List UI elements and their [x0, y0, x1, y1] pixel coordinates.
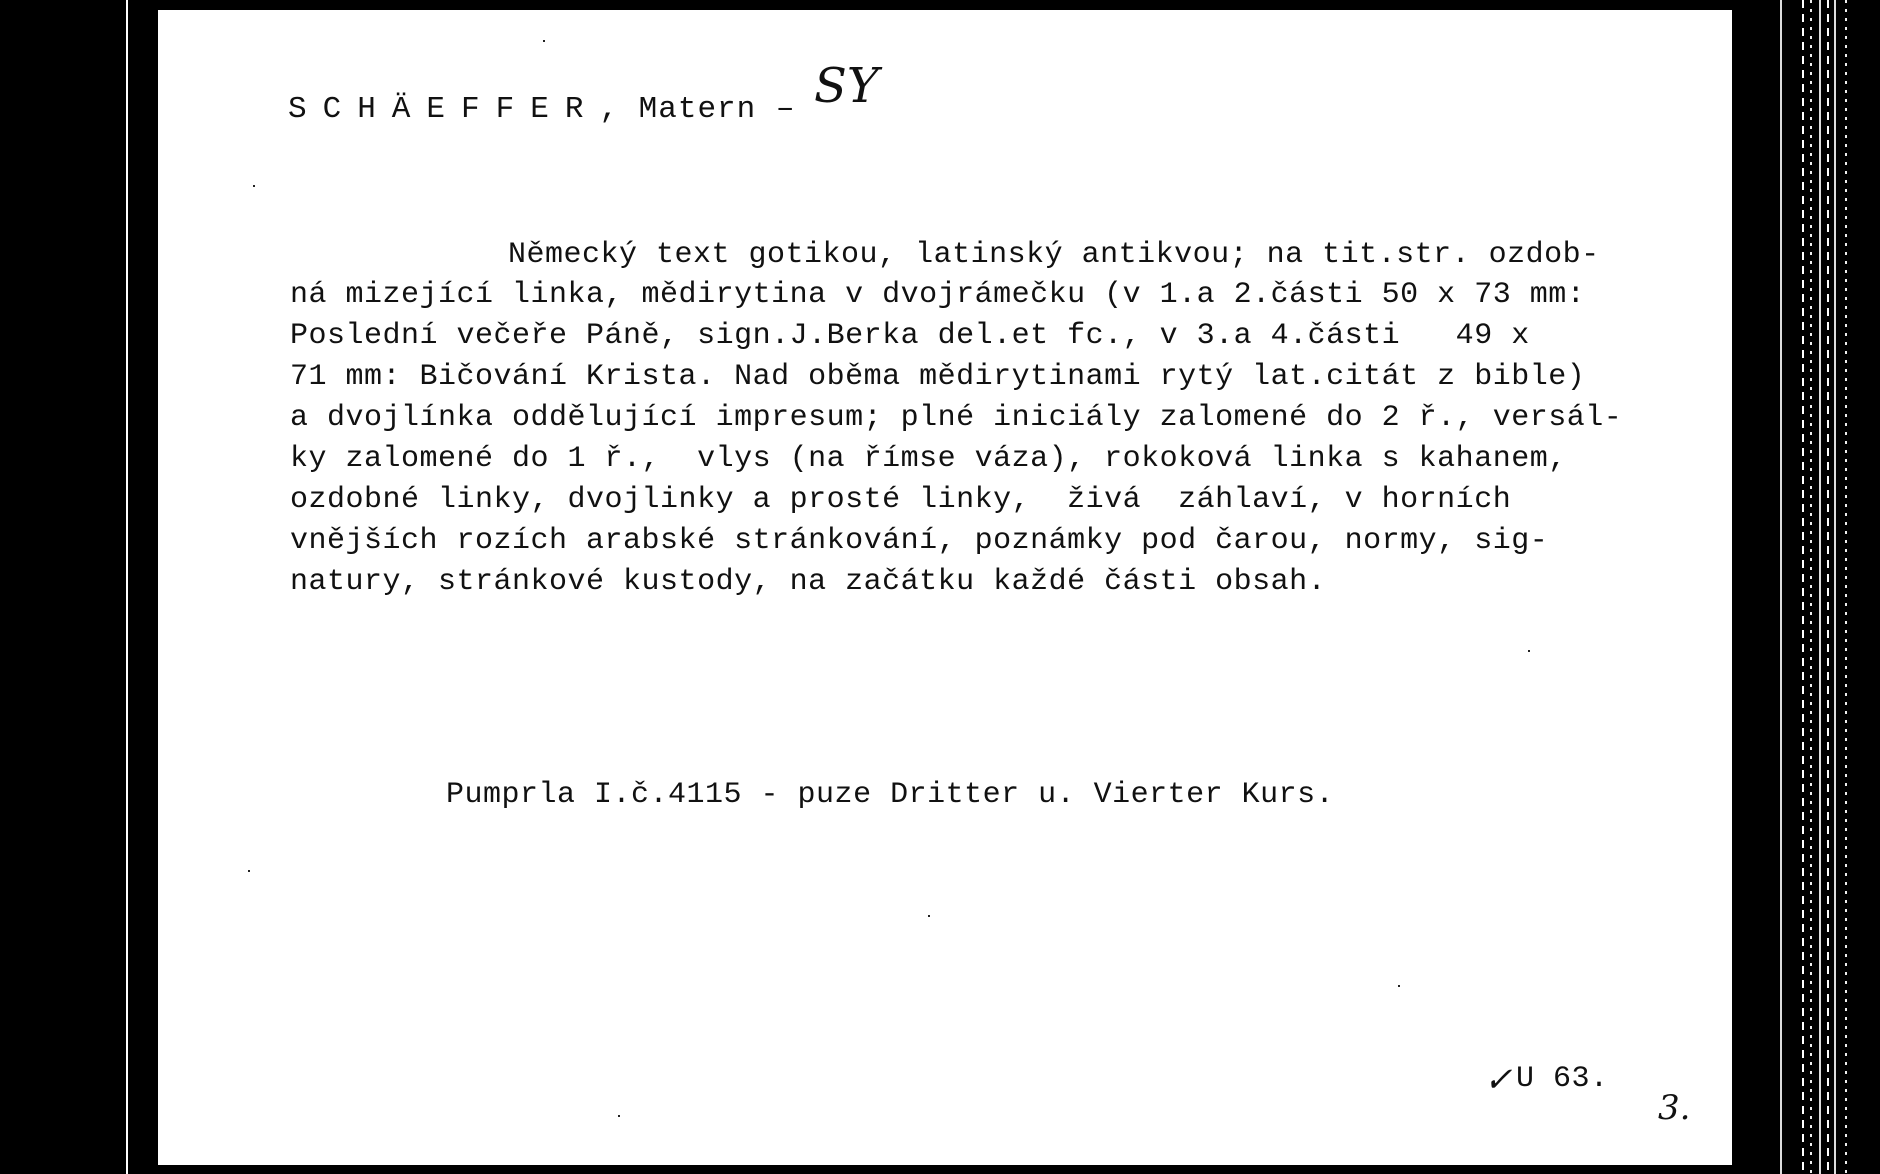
scan-line: [1834, 0, 1836, 1174]
scan-speck: [928, 915, 930, 917]
shelfmark: U 63.: [1516, 1062, 1609, 1096]
paragraph-line: Poslední večeře Páně, sign.J.Berka del.e…: [290, 319, 1530, 353]
scan-speck: [1528, 650, 1530, 652]
scan-border-line: [126, 0, 128, 1174]
scan-line: [1810, 0, 1812, 1174]
scan-line: [1827, 0, 1829, 1174]
scan-speck: [543, 40, 545, 42]
scan-speck: [253, 185, 255, 187]
scan-speck: [248, 870, 250, 872]
paragraph-line: 71 mm: Bičování Krista. Nad oběma mědiry…: [290, 360, 1585, 394]
scan-line: [1819, 0, 1821, 1174]
scanner-edge-strip: [1732, 0, 1880, 1174]
paragraph-line: ná mizející linka, mědirytina v dvojráme…: [290, 278, 1585, 312]
paragraph-line: vnějších rozích arabské stránkování, poz…: [290, 524, 1548, 558]
check-mark-icon: ✓: [1484, 1060, 1513, 1100]
paragraph-line: ky zalomené do 1 ř., vlys (na římse váza…: [290, 442, 1567, 476]
paragraph-line: Německý text gotikou, latinský antikvou;…: [508, 238, 1600, 272]
scan-speck: [718, 260, 720, 262]
reference-note: Pumprla I.č.4115 - puze Dritter u. Viert…: [446, 778, 1334, 812]
scan-speck: [1398, 985, 1400, 987]
paragraph-line: natury, stránkové kustody, na začátku ka…: [290, 565, 1326, 599]
scan-line: [1780, 0, 1782, 1174]
author-forename: , Matern –: [599, 92, 795, 127]
page-number: 3.: [1658, 1088, 1690, 1128]
author-surname: SCHÄEFFER: [288, 92, 599, 127]
paragraph-line: ozdobné linky, dvojlinky a prosté linky,…: [290, 483, 1511, 517]
card-heading: SCHÄEFFER, Matern –: [288, 92, 795, 127]
scan-line: [1802, 0, 1804, 1174]
paragraph-line: a dvojlínka oddělující impresum; plné in…: [290, 401, 1622, 435]
handwritten-mark: SY: [814, 58, 879, 114]
catalog-card: SCHÄEFFER, Matern – SY Německý text goti…: [158, 10, 1732, 1165]
scan-line: [1845, 0, 1847, 1174]
scan-speck: [618, 1115, 620, 1117]
